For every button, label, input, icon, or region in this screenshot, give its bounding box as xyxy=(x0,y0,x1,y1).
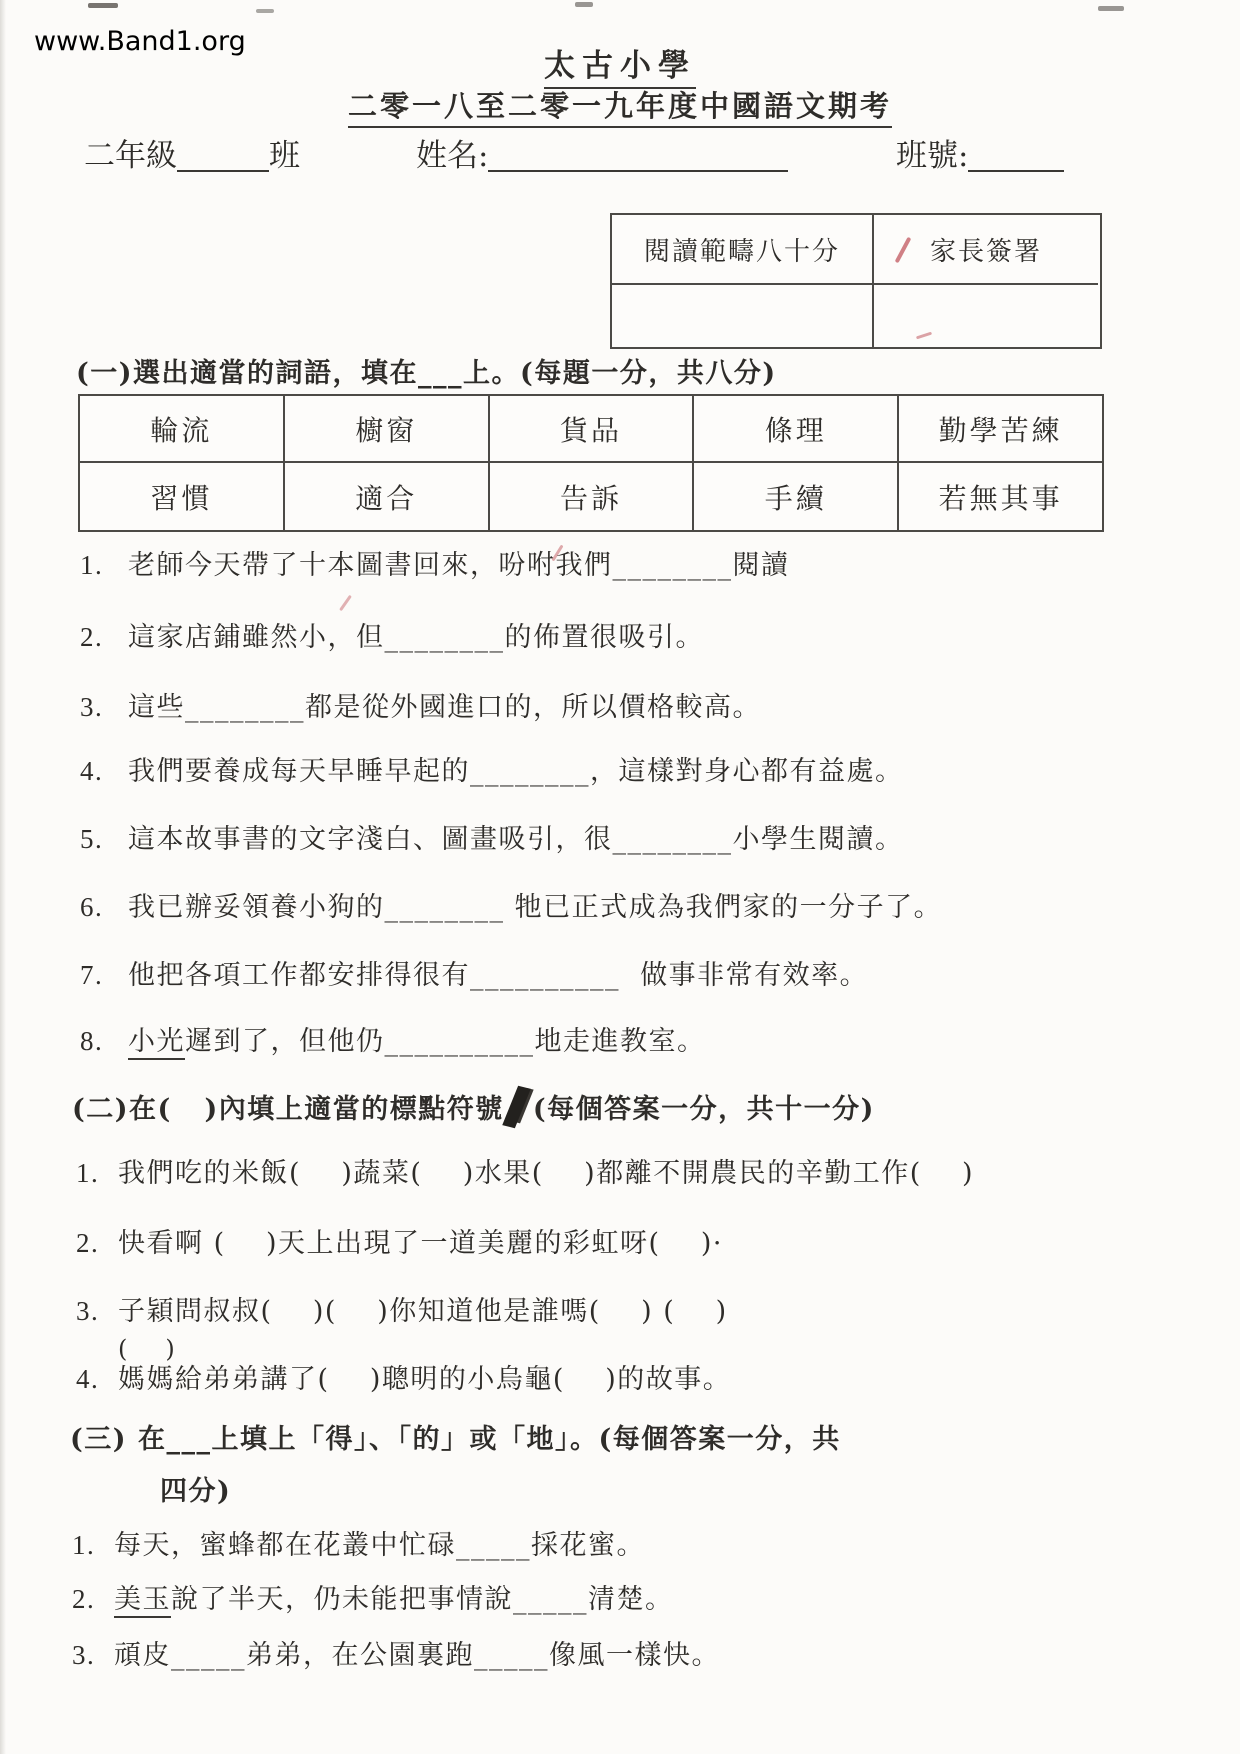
section2-title: (二)在( )內填上適當的標點符號(每個答案一分，共十一分) xyxy=(72,1086,875,1128)
word-bank-cell: 若無其事 xyxy=(899,463,1102,530)
section2-title-score: (每個答案一分，共十一分) xyxy=(533,1094,875,1125)
question-row-s1-8: 8.小光遲到了，但他仍__________地走進教室。 xyxy=(80,1024,706,1059)
scan-edge-shadow xyxy=(0,0,6,1754)
section3-title-line2: 四分) xyxy=(160,1474,231,1509)
question-number: 3. xyxy=(80,690,128,725)
scan-artifact-dash xyxy=(575,2,593,7)
question-text: 遲到了，但他仍__________地走進教室。 xyxy=(185,1026,706,1057)
question-text: 他把各項工作都安排得很有__________ 做事非常有效率。 xyxy=(128,960,868,991)
grade-field: 二年級班 xyxy=(84,130,300,175)
word-bank-row: 習慣 適合 告訴 手續 若無其事 xyxy=(80,463,1102,530)
school-name-text: 太古小學 xyxy=(544,48,696,89)
class-number-field: 班號: xyxy=(896,130,1064,175)
question-text: 每天，蜜蜂都在花叢中忙碌_____採花蜜。 xyxy=(114,1530,645,1561)
question-row-s3-3: 3.頑皮_____弟弟，在公園裏跑_____像風一樣快。 xyxy=(72,1638,720,1673)
question-number: 6. xyxy=(80,890,128,925)
name-field: 姓名: xyxy=(416,130,788,175)
scan-artifact-dash xyxy=(1098,6,1124,11)
reading-score-blank-cell xyxy=(612,285,874,347)
question-text: 子穎問叔叔( )( )你知道他是誰嗎( ) ( ) xyxy=(118,1296,728,1327)
word-bank-cell: 告訴 xyxy=(490,463,695,530)
question-number: 3. xyxy=(72,1638,114,1673)
grade-label: 二年級 xyxy=(84,138,177,174)
question-s2-3-extra-bracket: ( ) xyxy=(118,1334,176,1365)
red-pen-mark xyxy=(339,595,352,611)
word-bank-cell: 貨品 xyxy=(490,396,695,463)
question-text: 說了半天，仍未能把事情說_____清楚。 xyxy=(171,1584,674,1615)
word-bank-cell: 勤學苦練 xyxy=(899,396,1102,463)
question-row-s2-1: 1.我們吃的米飯( )蔬菜( )水果( )都離不開農民的辛勤工作( ) xyxy=(76,1156,974,1191)
question-number: 1. xyxy=(72,1528,114,1563)
question-text: 我們要養成每天早睡早起的________，這樣對身心都有益處。 xyxy=(128,756,904,787)
question-text: 這些________都是從外國進口的，所以價格較高。 xyxy=(128,692,761,723)
word-bank-cell: 手續 xyxy=(694,463,899,530)
question-number: 3. xyxy=(76,1294,118,1329)
section1-title: (一)選出適當的詞語，填在___上。(每題一分，共八分) xyxy=(76,356,777,391)
question-text: 這本故事書的文字淺白、圖畫吸引，很________小學生閱讀。 xyxy=(128,824,904,855)
question-row-s1-3: 3.這些________都是從外國進口的，所以價格較高。 xyxy=(80,690,761,725)
grade-suffix: 班 xyxy=(269,138,300,174)
class-number-blank-line xyxy=(968,136,1064,172)
watermark: www.Band1.org xyxy=(34,26,246,57)
question-text: 這家店鋪雖然小，但________的佈置很吸引。 xyxy=(128,622,704,653)
word-bank-cell: 輪流 xyxy=(80,396,285,463)
section3-title-line1: (三) 在___上填上「得」、「的」或「地」。(每個答案一分，共 xyxy=(70,1422,841,1457)
word-bank-cell: 櫥窗 xyxy=(285,396,490,463)
question-row-s2-4: 4.媽媽給弟弟講了( )聰明的小烏龜( )的故事。 xyxy=(76,1362,731,1397)
question-number: 7. xyxy=(80,958,128,993)
score-table: 閱讀範疇八十分 家長簽署 xyxy=(610,213,1102,349)
parent-signature-blank-cell xyxy=(874,285,1098,347)
name-label: 姓名: xyxy=(416,138,488,174)
ink-smudge-mark xyxy=(502,1086,531,1128)
underlined-name: 小光 xyxy=(128,1026,185,1060)
exam-title-text: 二零一八至二零一九年度中國語文期考 xyxy=(348,89,892,128)
question-number: 2. xyxy=(76,1226,118,1261)
question-row-s3-1: 1.每天，蜜蜂都在花叢中忙碌_____採花蜜。 xyxy=(72,1528,645,1563)
name-blank-line xyxy=(488,136,788,172)
word-bank-cell: 條理 xyxy=(694,396,899,463)
question-row-s2-3: 3.子穎問叔叔( )( )你知道他是誰嗎( ) ( ) xyxy=(76,1294,728,1329)
exam-paper-page: www.Band1.org 太古小學 二零一八至二零一九年度中國語文期考 二年級… xyxy=(0,0,1240,1754)
exam-title: 二零一八至二零一九年度中國語文期考 xyxy=(348,84,892,125)
question-number: 2. xyxy=(80,620,128,655)
question-text: 媽媽給弟弟講了( )聰明的小烏龜( )的故事。 xyxy=(118,1364,731,1395)
class-number-label: 班號: xyxy=(896,138,968,174)
school-name: 太古小學 xyxy=(544,40,696,85)
score-table-empty-row xyxy=(612,285,1100,347)
question-row-s2-2: 2.快看啊 ( )天上出現了一道美麗的彩虹呀( )· xyxy=(76,1226,723,1261)
question-number: 8. xyxy=(80,1024,128,1059)
question-number: 5. xyxy=(80,822,128,857)
question-text: 我已辦妥領養小狗的________ 牠已正式成為我們家的一分子了。 xyxy=(128,892,942,923)
word-bank-table: 輪流 櫥窗 貨品 條理 勤學苦練 習慣 適合 告訴 手續 若無其事 xyxy=(78,394,1104,532)
question-row-s1-7: 7.他把各項工作都安排得很有__________ 做事非常有效率。 xyxy=(80,958,868,993)
question-row-s3-2: 2.美玉說了半天，仍未能把事情說_____清楚。 xyxy=(72,1582,674,1617)
question-row-s1-5: 5.這本故事書的文字淺白、圖畫吸引，很________小學生閱讀。 xyxy=(80,822,904,857)
word-bank-row: 輪流 櫥窗 貨品 條理 勤學苦練 xyxy=(80,396,1102,463)
question-number: 1. xyxy=(76,1156,118,1191)
question-text: 頑皮_____弟弟，在公園裏跑_____像風一樣快。 xyxy=(114,1640,720,1671)
underlined-name: 美玉 xyxy=(114,1584,171,1618)
question-number: 1. xyxy=(80,548,128,583)
score-table-header-row: 閱讀範疇八十分 家長簽署 xyxy=(612,215,1100,285)
question-row-s1-4: 4.我們要養成每天早睡早起的________，這樣對身心都有益處。 xyxy=(80,754,904,789)
student-info-row: 二年級班 姓名: 班號: xyxy=(0,130,1240,176)
question-text: 我們吃的米飯( )蔬菜( )水果( )都離不開農民的辛勤工作( ) xyxy=(118,1158,974,1189)
question-row-s1-2: 2.這家店鋪雖然小，但________的佈置很吸引。 xyxy=(80,620,704,655)
scan-artifact-dash xyxy=(256,9,274,13)
section2-title-main: (二)在( )內填上適當的標點符號 xyxy=(72,1094,504,1125)
reading-score-header-cell: 閱讀範疇八十分 xyxy=(612,215,874,285)
question-number: 4. xyxy=(80,754,128,789)
question-text: 老師今天帶了十本圖書回來，吩咐我們________閱讀 xyxy=(128,550,790,581)
word-bank-cell: 適合 xyxy=(285,463,490,530)
parent-signature-header-cell: 家長簽署 xyxy=(874,215,1098,285)
word-bank-cell: 習慣 xyxy=(80,463,285,530)
question-number: 2. xyxy=(72,1582,114,1617)
question-number: 4. xyxy=(76,1362,118,1397)
question-row-s1-1: 1.老師今天帶了十本圖書回來，吩咐我們________閱讀 xyxy=(80,548,790,583)
question-text: 快看啊 ( )天上出現了一道美麗的彩虹呀( )· xyxy=(118,1228,723,1259)
question-row-s1-6: 6.我已辦妥領養小狗的________ 牠已正式成為我們家的一分子了。 xyxy=(80,890,942,925)
scan-artifact-dash xyxy=(88,3,118,8)
grade-blank-line xyxy=(177,136,269,172)
